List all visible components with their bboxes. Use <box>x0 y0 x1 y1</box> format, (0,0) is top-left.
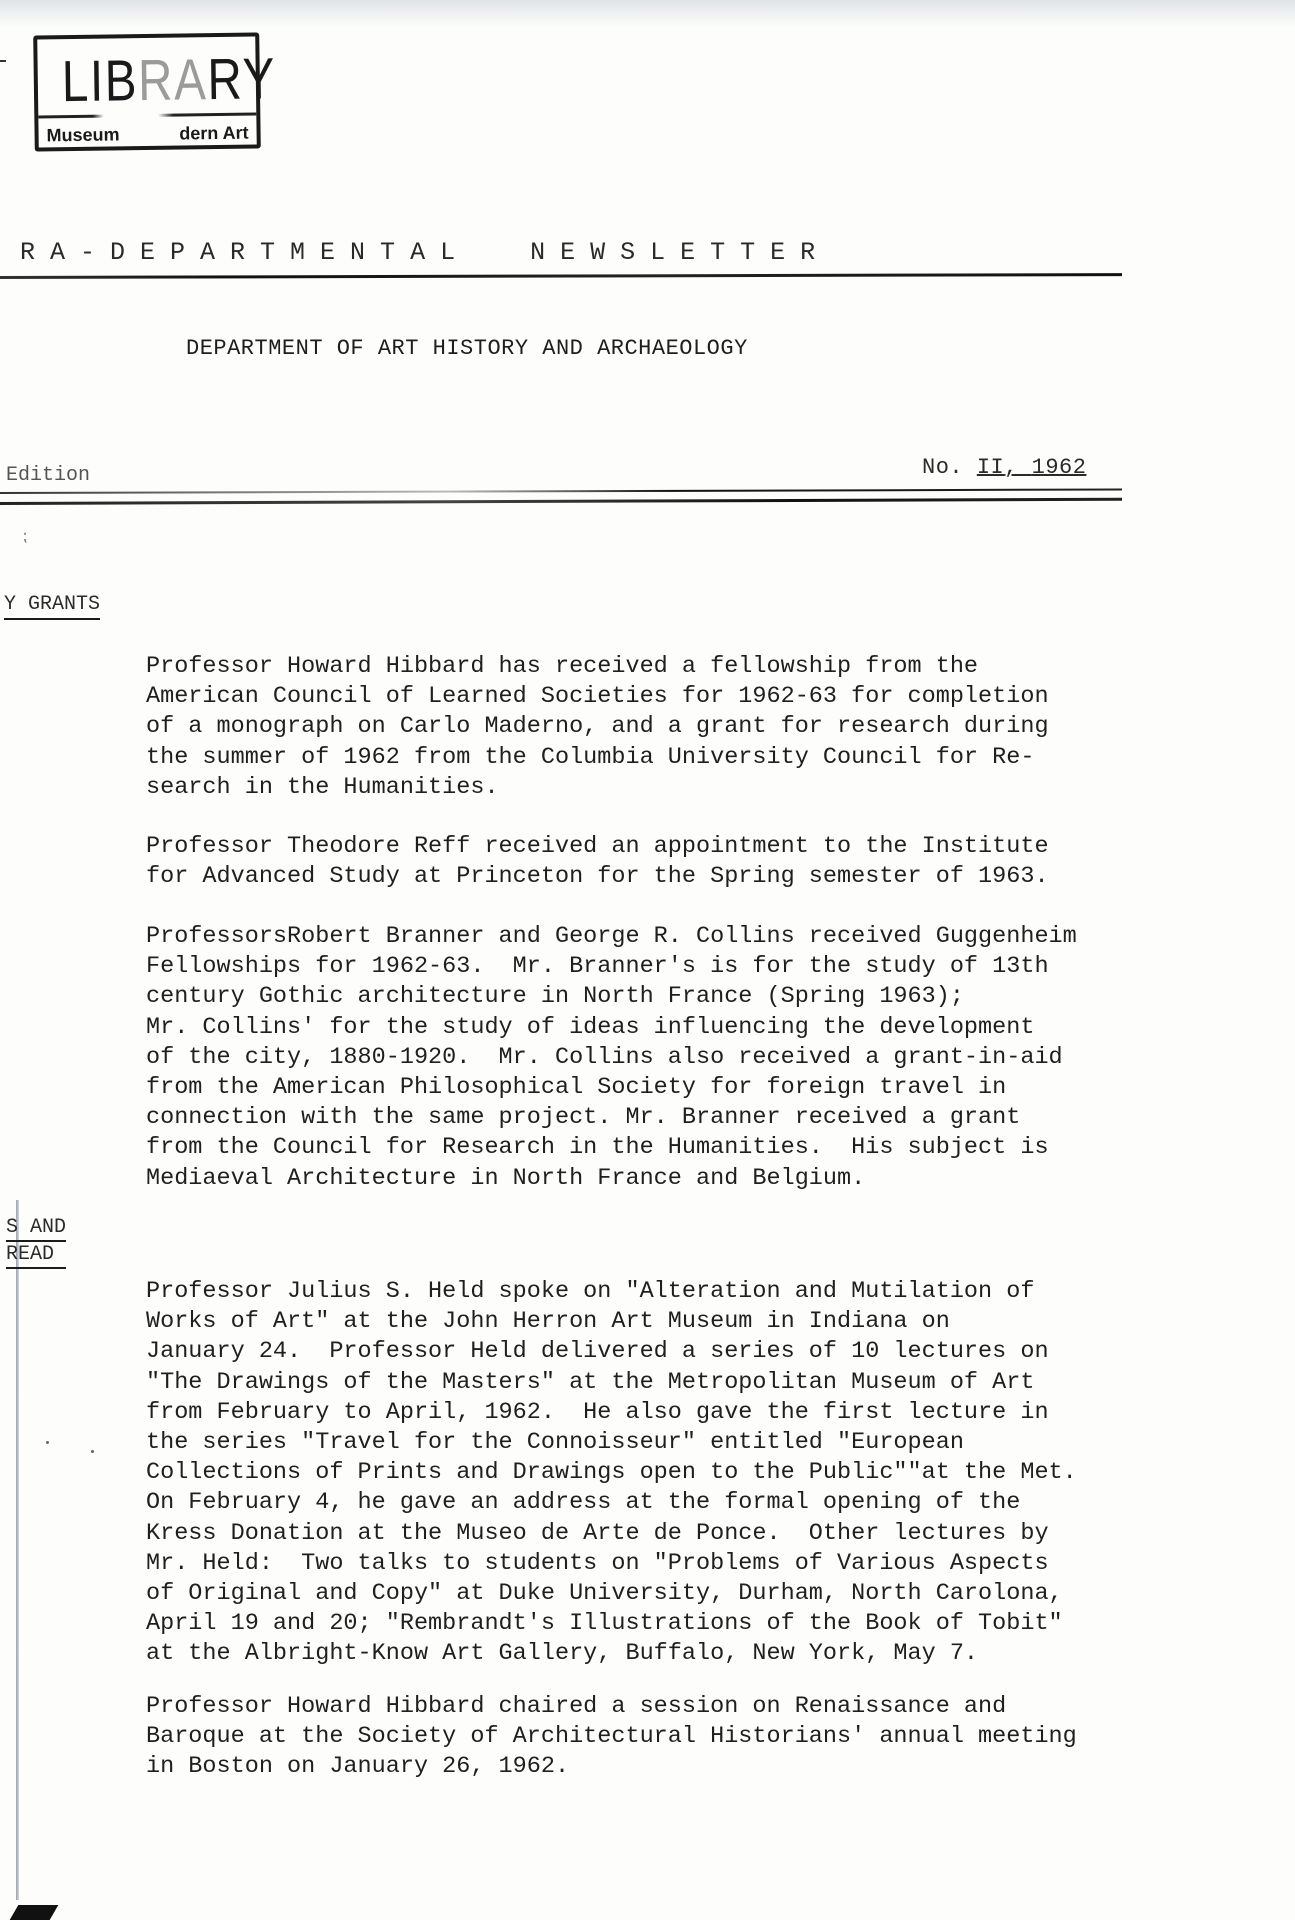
issue-roman: II <box>977 455 1004 480</box>
section-heading-lectures: S AND READ <box>6 1215 66 1269</box>
edition-rule-top <box>0 488 1122 494</box>
issue-year: 1962 <box>1032 455 1087 480</box>
section-heading-grants: Y GRANTS <box>4 592 100 620</box>
paragraph-hibbard-fellowship: Professor Howard Hibbard has received a … <box>146 652 1049 803</box>
newsletter-masthead: R A - D E P A R T M E N T A L N E W S L … <box>20 238 1120 268</box>
paragraph-held-lectures: Professor Julius S. Held spoke on "Alter… <box>146 1277 1077 1670</box>
margin-tick-mark <box>0 60 6 62</box>
page-corner-shadow <box>10 1905 59 1920</box>
edition-label: Edition <box>6 464 90 487</box>
paragraph-branner-collins-guggenheim: ProfessorsRobert Branner and George R. C… <box>146 922 1077 1194</box>
masthead-rule <box>0 273 1122 279</box>
stray-dot <box>46 1441 49 1444</box>
binding-edge <box>16 1200 19 1900</box>
page-top-shadow <box>0 0 1295 28</box>
stray-dot <box>91 1450 94 1453</box>
paragraph-hibbard-session: Professor Howard Hibbard chaired a sessi… <box>146 1692 1077 1783</box>
library-stamp: LIBRARY Museum dern Art <box>33 32 261 151</box>
department-name: DEPARTMENT OF ART HISTORY AND ARCHAEOLOG… <box>186 336 748 361</box>
paragraph-reff-appointment: Professor Theodore Reff received an appo… <box>146 832 1049 892</box>
stamp-subtitle: Museum dern Art <box>46 123 248 147</box>
stray-pencil-mark: ⁏ <box>22 526 27 546</box>
stamp-subtitle-right: dern Art <box>179 123 249 145</box>
edition-rule-bottom <box>0 498 1122 505</box>
stamp-title: LIBRARY <box>61 50 276 111</box>
stamp-subtitle-left: Museum <box>46 124 119 146</box>
issue-number: No. II, 1962 <box>922 455 1086 480</box>
